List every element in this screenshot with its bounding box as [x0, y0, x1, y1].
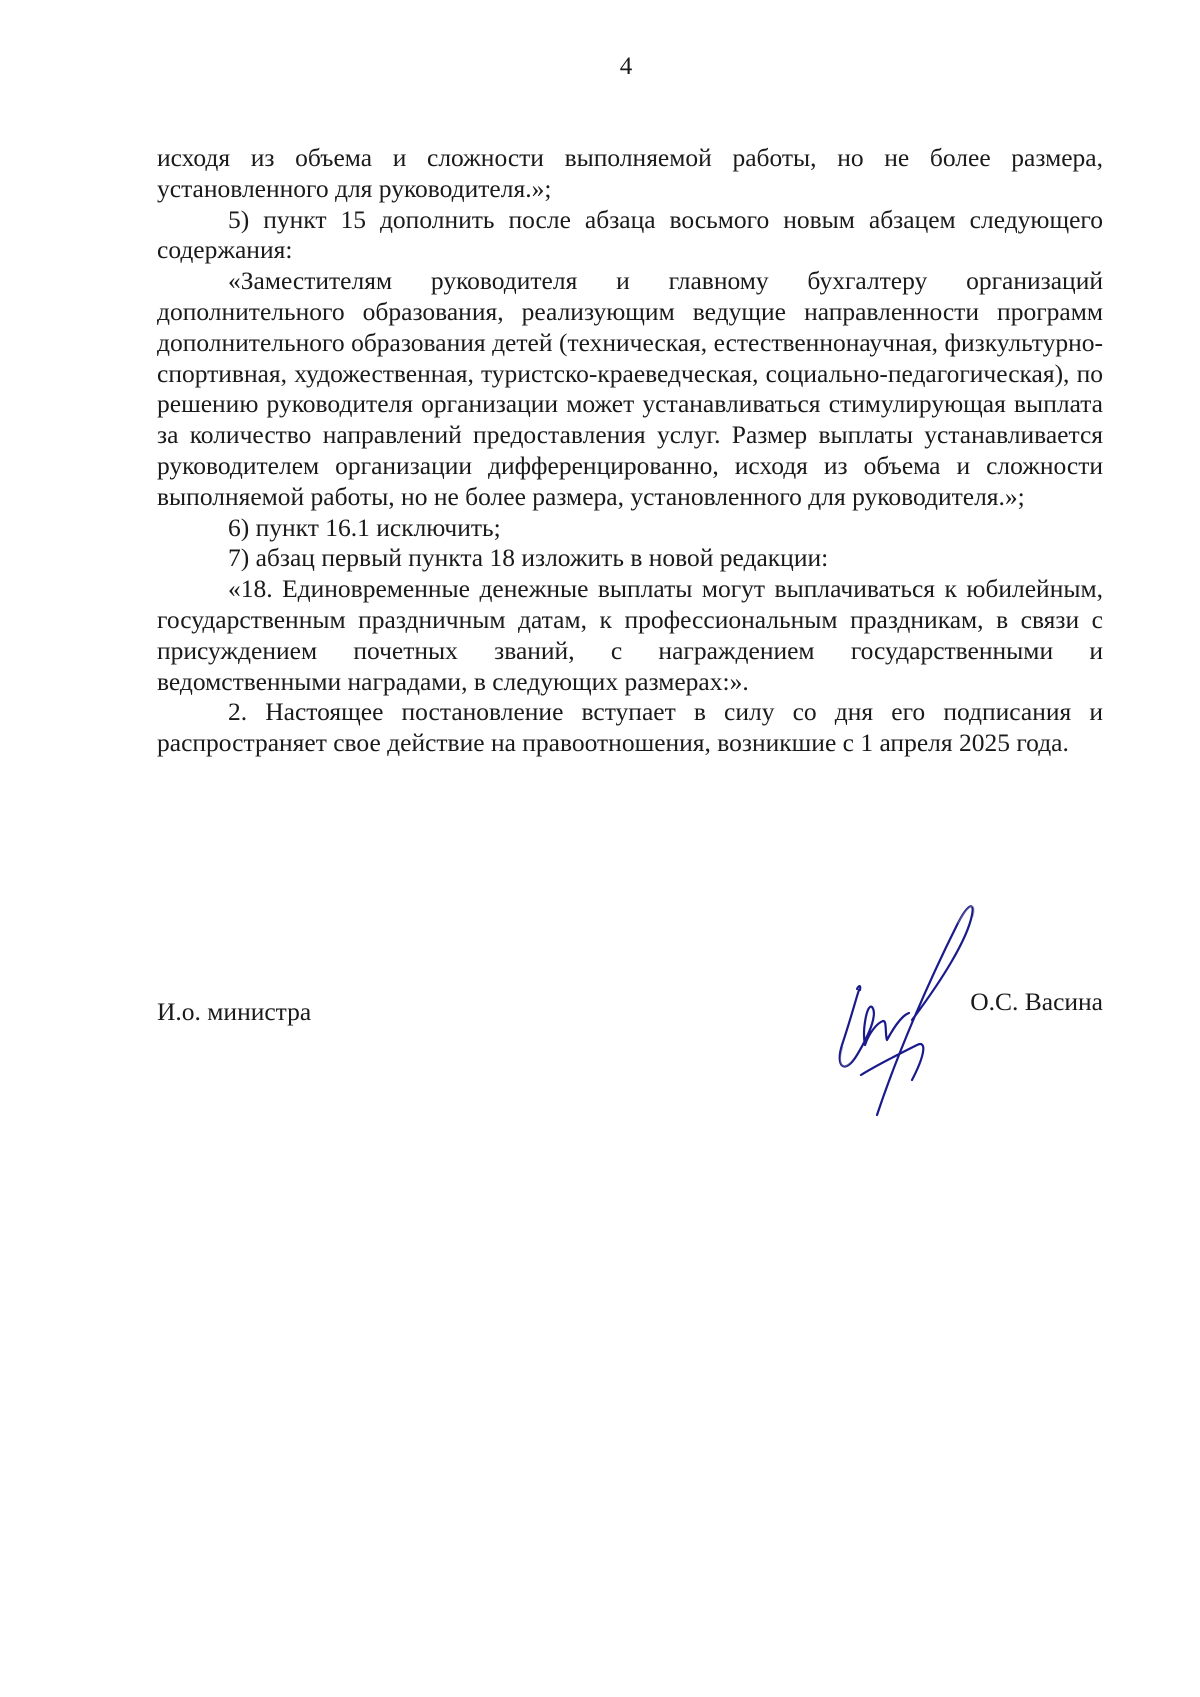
- document-body: исходя из объема и сложности выполняемой…: [157, 143, 1103, 759]
- paragraph-quoted-insertion: «Заместителям руководителя и главному бу…: [157, 266, 1103, 512]
- signer-name: О.С. Васина: [970, 987, 1103, 1017]
- paragraph-continuation: исходя из объема и сложности выполняемой…: [157, 143, 1103, 205]
- handwritten-signature-icon: [817, 895, 987, 1120]
- paragraph-item-7: 7) абзац первый пункта 18 изложить в нов…: [157, 543, 1103, 574]
- paragraph-item-6: 6) пункт 16.1 исключить;: [157, 513, 1103, 544]
- paragraph-point-18: «18. Единовременные денежные выплаты мог…: [157, 574, 1103, 697]
- paragraph-item-5: 5) пункт 15 дополнить после абзаца восьм…: [157, 205, 1103, 267]
- signer-position: И.о. министра: [157, 997, 311, 1027]
- page-number: 4: [0, 52, 1200, 82]
- paragraph-effective-date: 2. Настоящее постановление вступает в си…: [157, 697, 1103, 759]
